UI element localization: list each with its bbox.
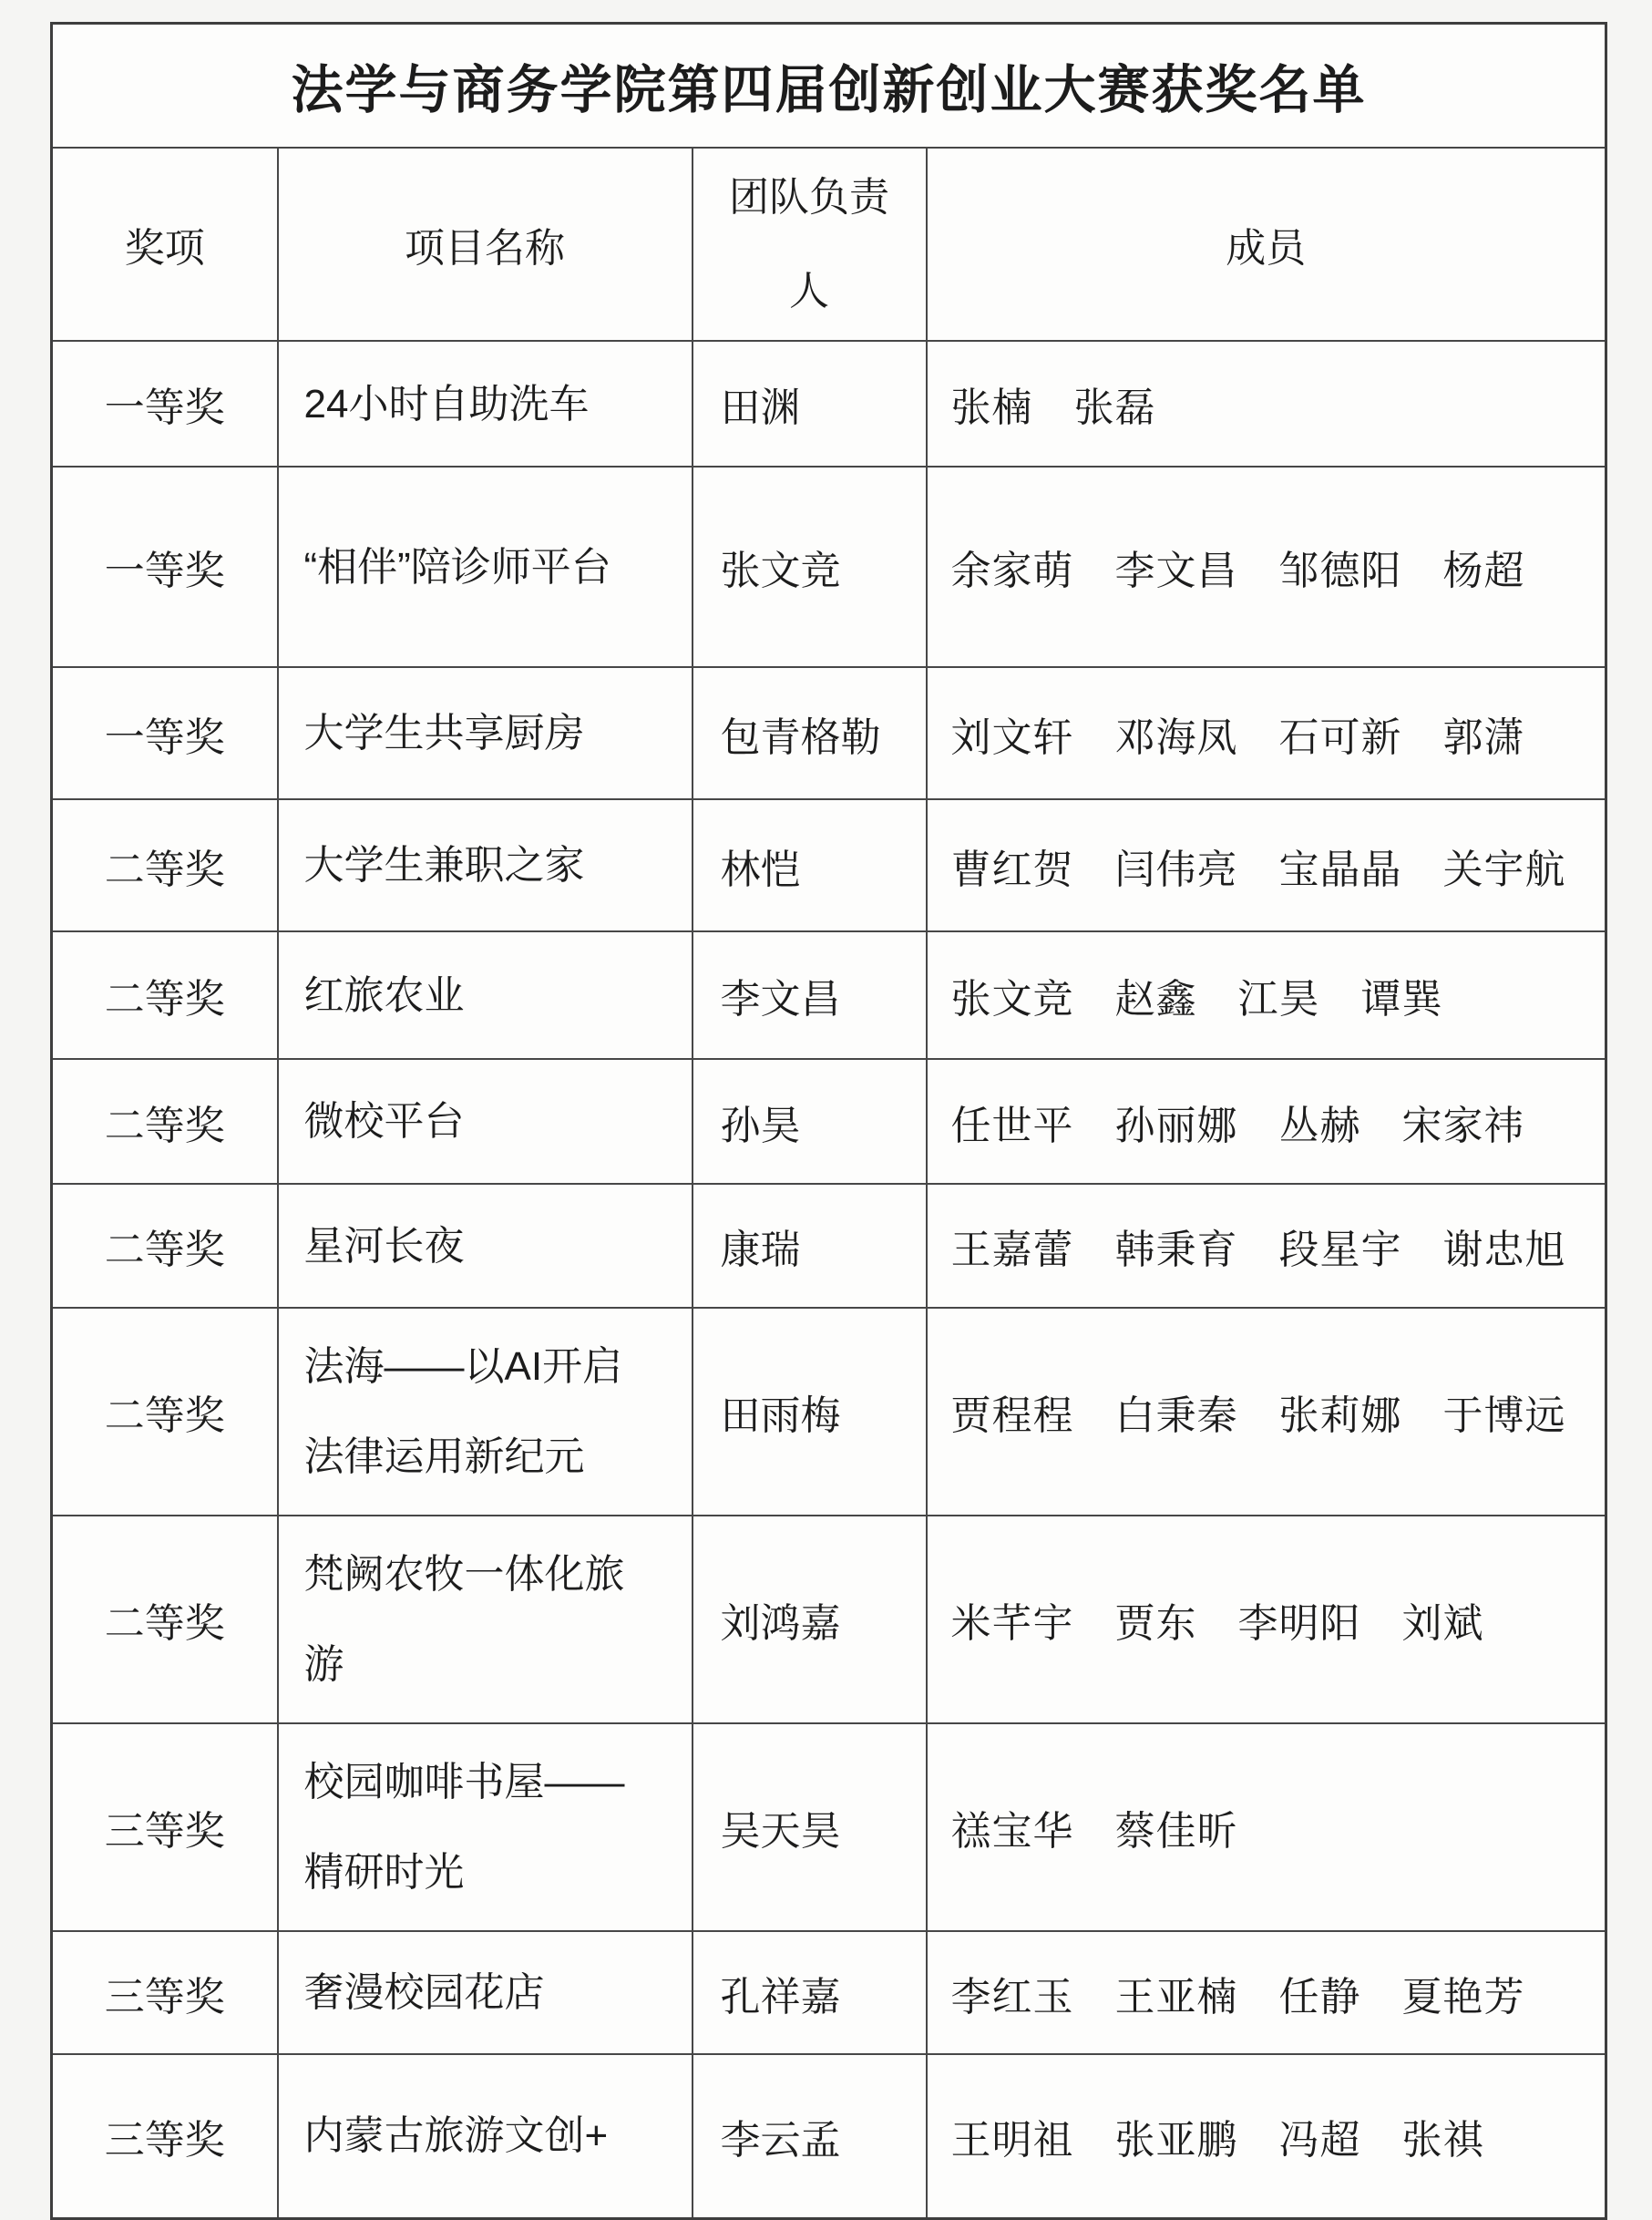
table-row: 二等奖 微校平台 孙昊 任世平 孙丽娜 丛赫 宋家祎 [52,1059,1606,1184]
column-header-award: 奖项 [52,148,278,341]
leader-cell: 吴天昊 [693,1723,927,1931]
award-cell: 二等奖 [52,799,278,931]
members-cell: 余家萌 李文昌 邹德阳 杨超 [927,467,1606,667]
header-row: 奖项 项目名称 团队负责人 成员 [52,148,1606,341]
members-cell: 李红玉 王亚楠 任静 夏艳芳 [927,1931,1606,2054]
award-cell: 一等奖 [52,341,278,467]
table-row: 三等奖 奢漫校园花店 孔祥嘉 李红玉 王亚楠 任静 夏艳芳 [52,1931,1606,2054]
leader-cell: 刘鸿嘉 [693,1516,927,1723]
awards-table: 法学与商务学院第四届创新创业大赛获奖名单 奖项 项目名称 团队负责人 成员 一等… [50,22,1607,2220]
table-row: 三等奖 校园咖啡书屋——精研时光 吴天昊 禚宝华 蔡佳昕 [52,1723,1606,1931]
leader-cell: 田雨梅 [693,1308,927,1516]
table-row: 一等奖 大学生共享厨房 包青格勒 刘文轩 邓海凤 石可新 郭潇 [52,667,1606,799]
award-cell: 二等奖 [52,1516,278,1723]
award-cell: 二等奖 [52,1184,278,1308]
table-row: 二等奖 法海——以AI开启法律运用新纪元 田雨梅 贾程程 白秉秦 张莉娜 于博远 [52,1308,1606,1516]
leader-cell: 李云孟 [693,2054,927,2218]
leader-cell: 孔祥嘉 [693,1931,927,2054]
table-row: 一等奖 “相伴”陪诊师平台 张文竞 余家萌 李文昌 邹德阳 杨超 [52,467,1606,667]
award-cell: 二等奖 [52,931,278,1059]
column-header-project: 项目名称 [278,148,693,341]
project-cell: 红旅农业 [278,931,693,1059]
award-cell: 一等奖 [52,467,278,667]
award-cell: 二等奖 [52,1308,278,1516]
members-cell: 曹红贺 闫伟亮 宝晶晶 关宇航 [927,799,1606,931]
table-row: 二等奖 梵阙农牧一体化旅游 刘鸿嘉 米芊宇 贾东 李明阳 刘斌 [52,1516,1606,1723]
project-cell: 法海——以AI开启法律运用新纪元 [278,1308,693,1516]
column-header-leader: 团队负责人 [727,150,891,339]
members-cell: 张文竞 赵鑫 江昊 谭巽 [927,931,1606,1059]
project-cell: 校园咖啡书屋——精研时光 [278,1723,693,1931]
members-cell: 张楠 张磊 [927,341,1606,467]
award-cell: 三等奖 [52,1931,278,2054]
leader-cell: 李文昌 [693,931,927,1059]
project-cell: “相伴”陪诊师平台 [278,467,693,667]
leader-cell: 包青格勒 [693,667,927,799]
award-cell: 二等奖 [52,1059,278,1184]
award-cell: 三等奖 [52,1723,278,1931]
award-cell: 三等奖 [52,2054,278,2218]
table-row: 二等奖 星河长夜 康瑞 王嘉蕾 韩秉育 段星宇 谢忠旭 [52,1184,1606,1308]
members-cell: 贾程程 白秉秦 张莉娜 于博远 [927,1308,1606,1516]
project-cell: 内蒙古旅游文创+ [278,2054,693,2218]
leader-cell: 田渊 [693,341,927,467]
project-cell: 大学生共享厨房 [278,667,693,799]
leader-cell: 林恺 [693,799,927,931]
document-page: 法学与商务学院第四届创新创业大赛获奖名单 奖项 项目名称 团队负责人 成员 一等… [0,0,1652,2175]
leader-cell: 康瑞 [693,1184,927,1308]
leader-cell: 孙昊 [693,1059,927,1184]
project-cell: 奢漫校园花店 [278,1931,693,2054]
members-cell: 任世平 孙丽娜 丛赫 宋家祎 [927,1059,1606,1184]
project-cell: 大学生兼职之家 [278,799,693,931]
leader-cell: 张文竞 [693,467,927,667]
project-cell: 星河长夜 [278,1184,693,1308]
project-cell: 微校平台 [278,1059,693,1184]
page-title: 法学与商务学院第四届创新创业大赛获奖名单 [52,24,1606,149]
project-cell: 24小时自助洗车 [278,341,693,467]
members-cell: 王嘉蕾 韩秉育 段星宇 谢忠旭 [927,1184,1606,1308]
table-row: 二等奖 大学生兼职之家 林恺 曹红贺 闫伟亮 宝晶晶 关宇航 [52,799,1606,931]
column-header-members: 成员 [927,148,1606,341]
members-cell: 王明祖 张亚鹏 冯超 张祺 [927,2054,1606,2218]
award-cell: 一等奖 [52,667,278,799]
members-cell: 刘文轩 邓海凤 石可新 郭潇 [927,667,1606,799]
table-row: 一等奖 24小时自助洗车 田渊 张楠 张磊 [52,341,1606,467]
members-cell: 禚宝华 蔡佳昕 [927,1723,1606,1931]
members-cell: 米芊宇 贾东 李明阳 刘斌 [927,1516,1606,1723]
project-cell: 梵阙农牧一体化旅游 [278,1516,693,1723]
title-row: 法学与商务学院第四届创新创业大赛获奖名单 [52,24,1606,149]
table-row: 二等奖 红旅农业 李文昌 张文竞 赵鑫 江昊 谭巽 [52,931,1606,1059]
table-row: 三等奖 内蒙古旅游文创+ 李云孟 王明祖 张亚鹏 冯超 张祺 [52,2054,1606,2218]
